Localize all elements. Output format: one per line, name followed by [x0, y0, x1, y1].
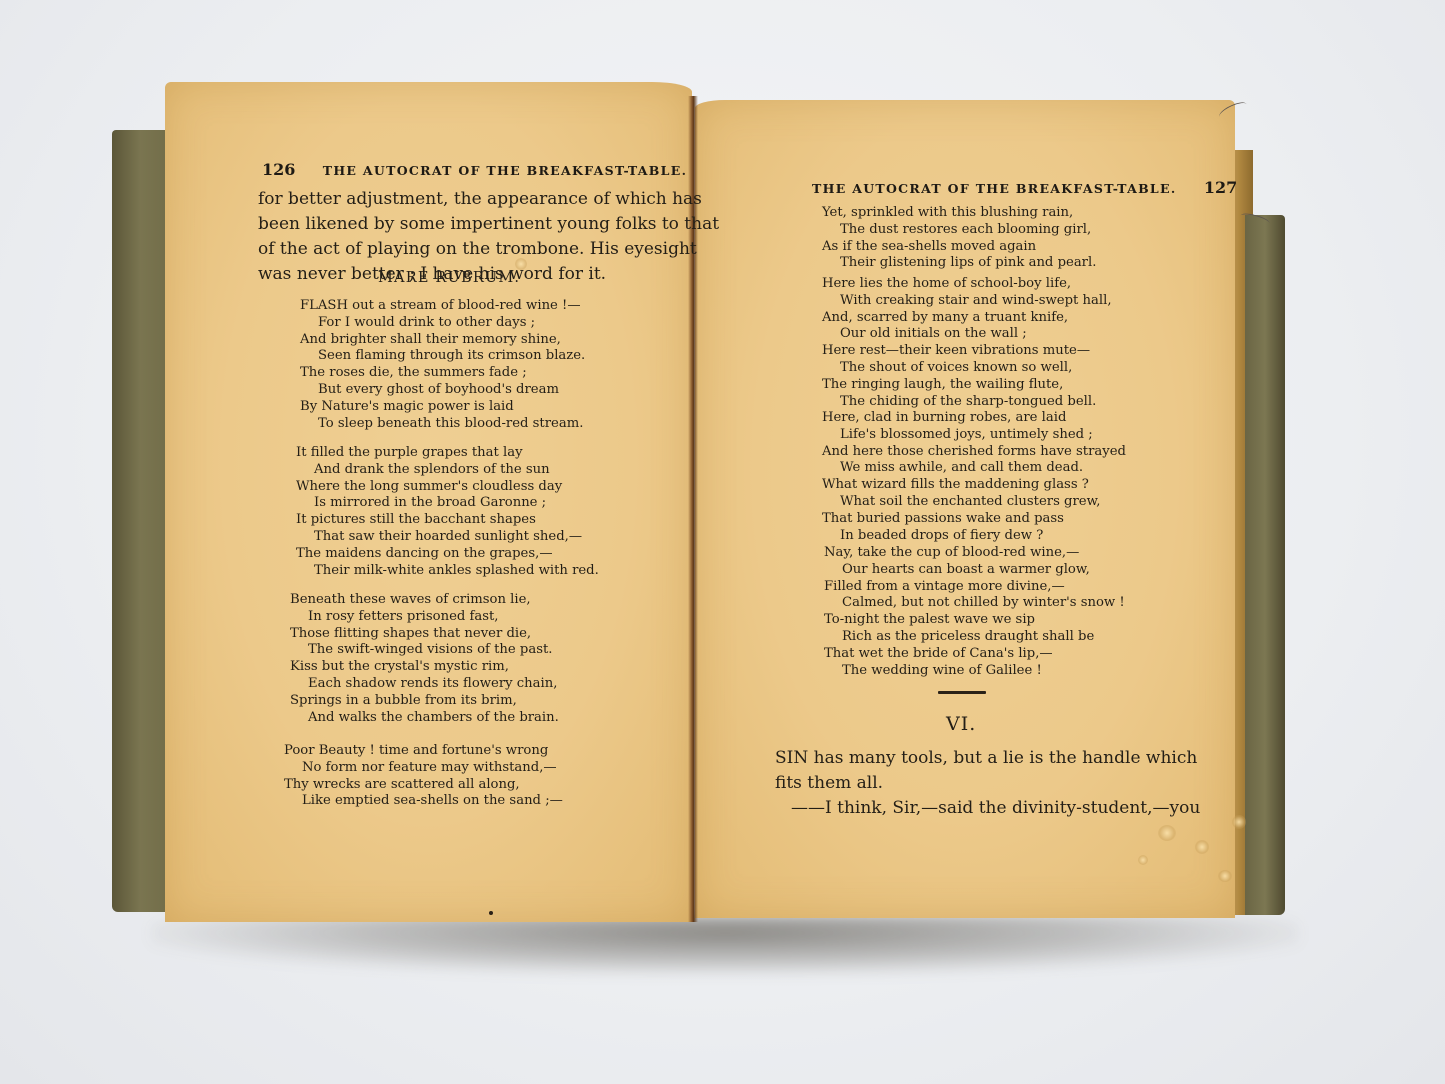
verse-line: The ringing laugh, the wailing flute, [822, 377, 1112, 394]
page-number-right: 127 [1204, 178, 1237, 197]
prose-line: for better adjustment, the appearance of… [258, 187, 658, 212]
verse-line: No form nor feature may withstand,— [284, 760, 563, 777]
prose-line: been likened by some impertinent young f… [258, 212, 658, 237]
verse-line: The dust restores each blooming girl, [822, 222, 1096, 239]
left-running-head: 126 THE AUTOCRAT OF THE BREAKFAST-TABLE. [262, 160, 687, 179]
verse-line: As if the sea-shells moved again [822, 239, 1096, 256]
verse-line: Yet, sprinkled with this blushing rain, [822, 205, 1096, 222]
stanza: Poor Beauty ! time and fortune's wrong N… [284, 743, 563, 810]
verse-line: What soil the enchanted clusters grew, [822, 494, 1126, 511]
verse-line: With creaking stair and wind-swept hall, [822, 293, 1112, 310]
verse-line: Calmed, but not chilled by winter's snow… [824, 595, 1125, 612]
verse-line: Our old initials on the wall ; [822, 326, 1112, 343]
prose-line: fits them all. [775, 771, 1175, 796]
verse-line: That wet the bride of Cana's lip,— [824, 646, 1125, 663]
verse-line: It filled the purple grapes that lay [296, 445, 599, 462]
verse-line: It pictures still the bacchant shapes [296, 512, 599, 529]
verse-line: The wedding wine of Galilee ! [824, 663, 1125, 680]
verse-line: For I would drink to other days ; [300, 315, 585, 332]
verse-line: Like emptied sea-shells on the sand ;— [284, 793, 563, 810]
verse-line: That saw their hoarded sunlight shed,— [296, 529, 599, 546]
verse-line: In beaded drops of fiery dew ? [822, 528, 1126, 545]
running-title-left: THE AUTOCRAT OF THE BREAKFAST-TABLE. [323, 163, 688, 178]
section-number: VI. [946, 713, 976, 735]
stanza: FLASH out a stream of blood-red wine !— … [300, 298, 585, 432]
verse-line: Seen flaming through its crimson blaze. [300, 348, 585, 365]
verse-line: The roses die, the summers fade ; [300, 365, 585, 382]
stanza: It filled the purple grapes that lay And… [296, 445, 599, 579]
verse-line: Rich as the priceless draught shall be [824, 629, 1125, 646]
verse-line: Their glistening lips of pink and pearl. [822, 255, 1096, 272]
verse-line: Our hearts can boast a warmer glow, [824, 562, 1125, 579]
right-prose: SIN has many tools, but a lie is the han… [775, 746, 1175, 821]
running-title-right: THE AUTOCRAT OF THE BREAKFAST-TABLE. [812, 181, 1177, 196]
page-number-left: 126 [262, 160, 295, 179]
verse-line: That buried passions wake and pass [822, 511, 1126, 528]
verse-line: Where the long summer's cloudless day [296, 479, 599, 496]
paper-stain [1158, 825, 1176, 841]
verse-line: And, scarred by many a truant knife, [822, 310, 1112, 327]
verse-line: And walks the chambers of the brain. [290, 710, 559, 727]
poem-title: MARE RUBRUM. [378, 270, 520, 286]
verse-line: Here lies the home of school-boy life, [822, 276, 1112, 293]
verse-line: The maidens dancing on the grapes,— [296, 546, 599, 563]
verse-line: We miss awhile, and call them dead. [822, 460, 1126, 477]
paper-stain [1232, 815, 1246, 829]
verse-line: And brighter shall their memory shine, [300, 332, 585, 349]
verse-line: Their milk-white ankles splashed with re… [296, 563, 599, 580]
paper-stain [1138, 855, 1148, 865]
verse-line: Here rest—their keen vibrations mute— [822, 343, 1112, 360]
stanza: Here, clad in burning robes, are laid Li… [822, 410, 1126, 544]
stanza: Beneath these waves of crimson lie, In r… [290, 592, 559, 726]
section-divider [938, 691, 986, 694]
book-shadow [150, 915, 1300, 975]
verse-line: Nay, take the cup of blood-red wine,— [824, 545, 1125, 562]
paper-speck [489, 911, 493, 915]
verse-line: The swift-winged visions of the past. [290, 642, 559, 659]
verse-line: But every ghost of boyhood's dream [300, 382, 585, 399]
verse-line: To-night the palest wave we sip [824, 612, 1125, 629]
verse-line: And here those cherished forms have stra… [822, 444, 1126, 461]
verse-line: To sleep beneath this blood-red stream. [300, 416, 585, 433]
verse-line: FLASH out a stream of blood-red wine !— [300, 298, 585, 315]
verse-line: Beneath these waves of crimson lie, [290, 592, 559, 609]
stanza: Here lies the home of school-boy life, W… [822, 276, 1112, 410]
verse-line: Is mirrored in the broad Garonne ; [296, 495, 599, 512]
book-cover-right [1245, 215, 1285, 915]
prose-line: ——I think, Sir,—said the divinity-studen… [775, 796, 1175, 821]
prose-line: SIN has many tools, but a lie is the han… [775, 746, 1175, 771]
verse-line: Poor Beauty ! time and fortune's wrong [284, 743, 563, 760]
verse-line: Life's blossomed joys, untimely shed ; [822, 427, 1126, 444]
verse-line: Filled from a vintage more divine,— [824, 579, 1125, 596]
verse-line: Each shadow rends its flowery chain, [290, 676, 559, 693]
verse-line: What wizard fills the maddening glass ? [822, 477, 1126, 494]
prose-line: of the act of playing on the trombone. H… [258, 237, 658, 262]
verse-line: In rosy fetters prisoned fast, [290, 609, 559, 626]
verse-line: The chiding of the sharp-tongued bell. [822, 394, 1112, 411]
verse-line: Kiss but the crystal's mystic rim, [290, 659, 559, 676]
paper-stain [515, 258, 527, 270]
verse-line: The shout of voices known so well, [822, 360, 1112, 377]
stanza: Nay, take the cup of blood-red wine,— Ou… [824, 545, 1125, 679]
paper-stain [1195, 840, 1209, 854]
verse-line: Thy wrecks are scattered all along, [284, 777, 563, 794]
verse-line: Here, clad in burning robes, are laid [822, 410, 1126, 427]
verse-line: Springs in a bubble from its brim, [290, 693, 559, 710]
paper-stain [1218, 870, 1232, 882]
stanza: Yet, sprinkled with this blushing rain, … [822, 205, 1096, 272]
verse-line: Those flitting shapes that never die, [290, 626, 559, 643]
verse-line: And drank the splendors of the sun [296, 462, 599, 479]
right-running-head: THE AUTOCRAT OF THE BREAKFAST-TABLE. 127 [812, 178, 1237, 197]
verse-line: By Nature's magic power is laid [300, 399, 585, 416]
